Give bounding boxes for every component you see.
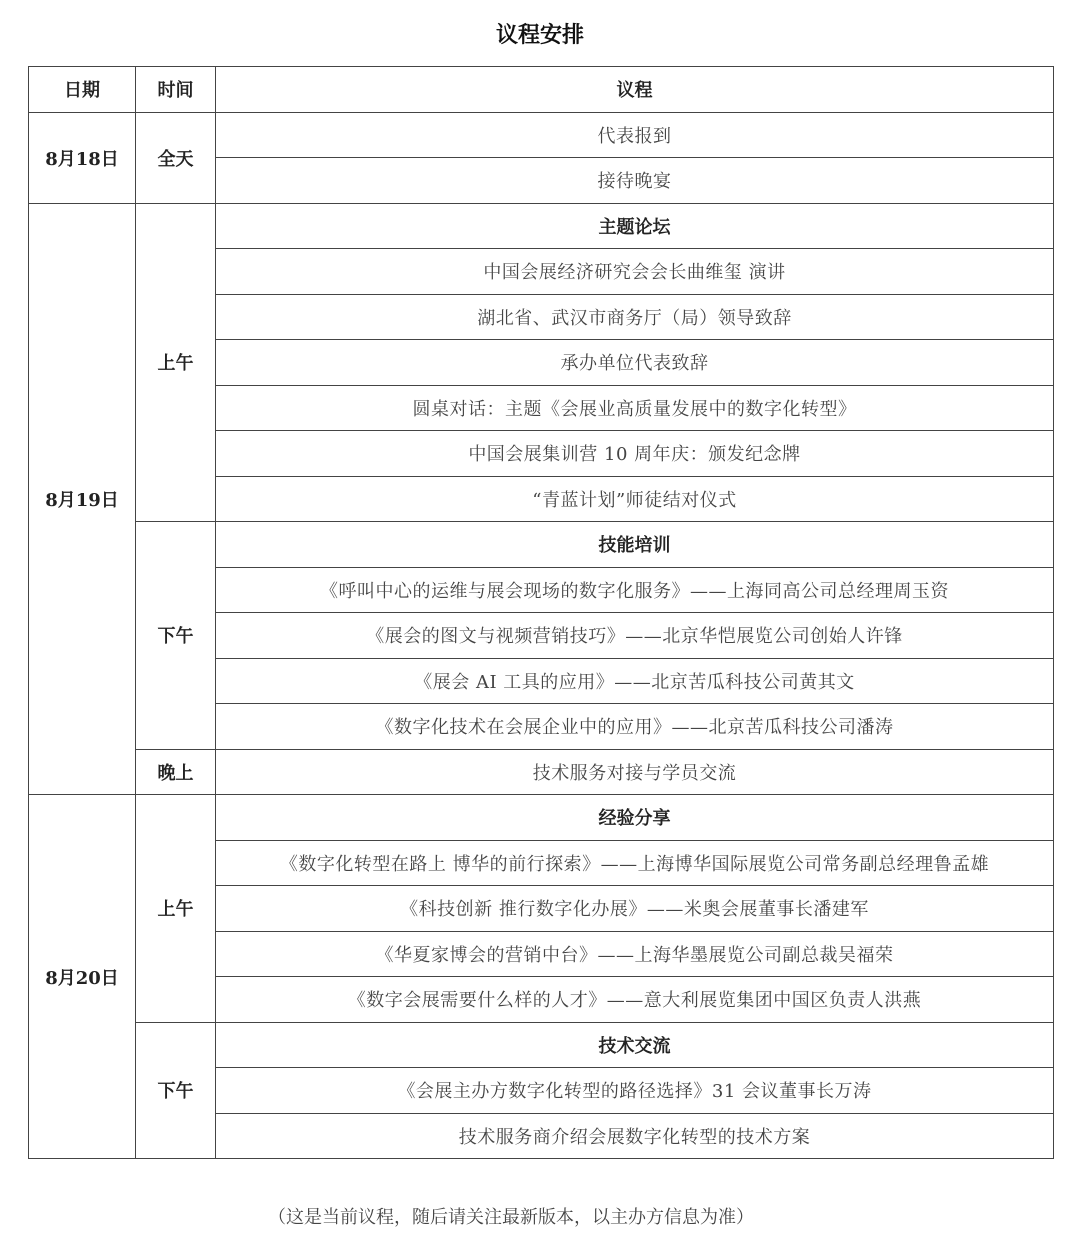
- section-heading: 技能培训: [216, 522, 1054, 568]
- table-row: 下午技术交流: [29, 1022, 1054, 1068]
- header-time: 时间: [136, 67, 216, 113]
- agenda-item: 接待晚宴: [216, 158, 1054, 204]
- agenda-item: 《会展主办方数字化转型的路径选择》31 会议董事长万涛: [216, 1068, 1054, 1114]
- table-row: 8月19日上午主题论坛: [29, 203, 1054, 249]
- agenda-item: 圆桌对话：主题《会展业高质量发展中的数字化转型》: [216, 385, 1054, 431]
- header-date: 日期: [29, 67, 136, 113]
- agenda-item: 承办单位代表致辞: [216, 340, 1054, 386]
- header-agenda: 议程: [216, 67, 1054, 113]
- agenda-item: 《数字化技术在会展企业中的应用》——北京苦瓜科技公司潘涛: [216, 704, 1054, 750]
- agenda-table: 日期 时间 议程 8月18日全天代表报到接待晚宴8月19日上午主题论坛中国会展经…: [28, 66, 1054, 1159]
- time-cell: 上午: [136, 203, 216, 522]
- agenda-item: 中国会展经济研究会会长曲维玺 演讲: [216, 249, 1054, 295]
- table-row: 下午技能培训: [29, 522, 1054, 568]
- page-title: 议程安排: [0, 18, 1080, 49]
- agenda-item: 《展会的图文与视频营销技巧》——北京华恺展览公司创始人许锋: [216, 613, 1054, 659]
- date-cell: 8月19日: [29, 203, 136, 795]
- date-cell: 8月20日: [29, 795, 136, 1159]
- section-heading: 技术交流: [216, 1022, 1054, 1068]
- agenda-body: 8月18日全天代表报到接待晚宴8月19日上午主题论坛中国会展经济研究会会长曲维玺…: [29, 112, 1054, 1159]
- time-cell: 上午: [136, 795, 216, 1023]
- agenda-item: 湖北省、武汉市商务厅（局）领导致辞: [216, 294, 1054, 340]
- agenda-item: 《科技创新 推行数字化办展》——米奥会展董事长潘建军: [216, 886, 1054, 932]
- agenda-item: 代表报到: [216, 112, 1054, 158]
- time-cell: 下午: [136, 522, 216, 750]
- table-row: 晚上技术服务对接与学员交流: [29, 749, 1054, 795]
- time-cell: 全天: [136, 112, 216, 203]
- table-row: 8月20日上午经验分享: [29, 795, 1054, 841]
- agenda-item: 中国会展集训营 10 周年庆：颁发纪念牌: [216, 431, 1054, 477]
- time-cell: 晚上: [136, 749, 216, 795]
- agenda-item: 《展会 AI 工具的应用》——北京苦瓜科技公司黄其文: [216, 658, 1054, 704]
- table-header-row: 日期 时间 议程: [29, 67, 1054, 113]
- footnote: （这是当前议程，随后请关注最新版本，以主办方信息为准）: [268, 1203, 754, 1229]
- table-row: 8月18日全天代表报到: [29, 112, 1054, 158]
- time-cell: 下午: [136, 1022, 216, 1159]
- date-cell: 8月18日: [29, 112, 136, 203]
- agenda-item: “青蓝计划”师徒结对仪式: [216, 476, 1054, 522]
- agenda-item: 《呼叫中心的运维与展会现场的数字化服务》——上海同高公司总经理周玉资: [216, 567, 1054, 613]
- section-heading: 主题论坛: [216, 203, 1054, 249]
- agenda-item: 技术服务对接与学员交流: [216, 749, 1054, 795]
- agenda-item: 《数字会展需要什么样的人才》——意大利展览集团中国区负责人洪燕: [216, 977, 1054, 1023]
- agenda-item: 《华夏家博会的营销中台》——上海华墨展览公司副总裁吴福荣: [216, 931, 1054, 977]
- agenda-item: 《数字化转型在路上 博华的前行探索》——上海博华国际展览公司常务副总经理鲁孟雄: [216, 840, 1054, 886]
- section-heading: 经验分享: [216, 795, 1054, 841]
- agenda-item: 技术服务商介绍会展数字化转型的技术方案: [216, 1113, 1054, 1159]
